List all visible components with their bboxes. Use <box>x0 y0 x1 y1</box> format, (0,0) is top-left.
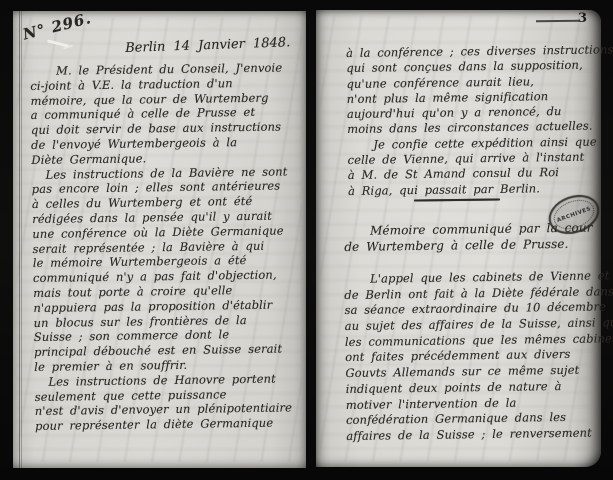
manuscript-line: pour représenter la diète Germanique <box>35 416 292 434</box>
document-number: N° 296. <box>21 9 93 43</box>
left-page-text: M. le Président du Conseil, J'envoie ci-… <box>30 60 292 433</box>
page-number: 3 <box>578 11 587 26</box>
right-page-paragraph-1: à la conférence ; ces diverses instructi… <box>346 42 613 199</box>
dateline: Berlin 14 Janvier 1848. <box>125 35 290 56</box>
separator-rule <box>414 199 500 202</box>
memo-heading: Mémoire communiqué par la cour de Wurtem… <box>344 221 593 255</box>
header-line <box>536 20 580 22</box>
left-page: N° 296. Berlin 14 Janvier 1848. M. le Pr… <box>13 11 306 468</box>
manuscript-line: de Wurtemberg à celle de Prusse. <box>344 236 593 255</box>
right-page-paragraph-2: L'appel que les cabinets de Vienne et de… <box>344 268 613 444</box>
manuscript-scan: N° 296. Berlin 14 Janvier 1848. M. le Pr… <box>0 0 613 480</box>
manuscript-line: affaires de la Suisse ; le renversement <box>346 425 613 445</box>
right-page: 3 à la conférence ; ces diverses instruc… <box>316 10 601 467</box>
